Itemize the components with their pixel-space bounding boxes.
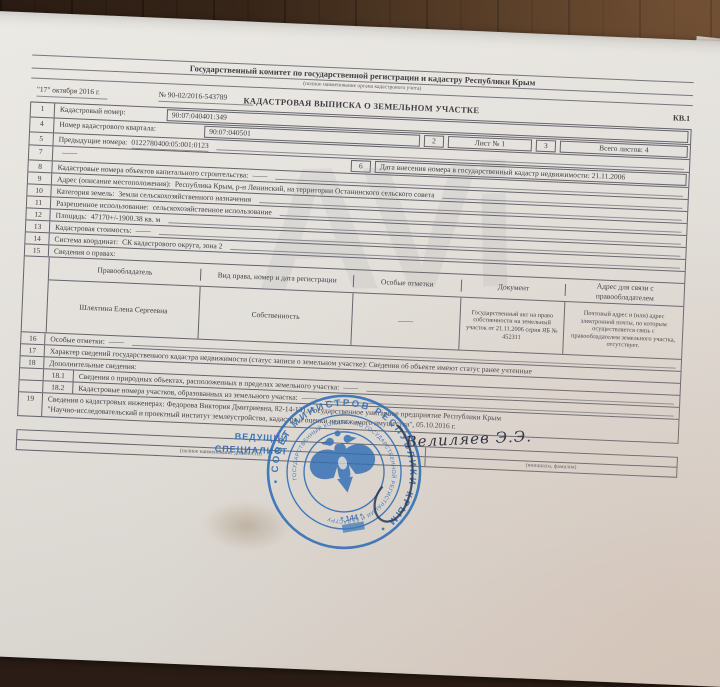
row-label: Площадь: bbox=[55, 211, 87, 222]
signature-name-cell: (инициалы, фамилия) bbox=[426, 447, 677, 476]
row-num: 18 bbox=[20, 356, 44, 368]
row-num: 5 bbox=[29, 132, 53, 145]
row-num: 10 bbox=[27, 184, 51, 196]
rights-header-cell: Вид права, номер и дата регистрации bbox=[201, 269, 354, 287]
row-num: 11 bbox=[27, 196, 51, 208]
row-num: 12 bbox=[26, 208, 50, 220]
rights-notes: —— bbox=[351, 293, 461, 349]
row-num: 18.2 bbox=[43, 381, 73, 393]
rights-header-cell: Документ bbox=[461, 280, 566, 296]
row-num: 3 bbox=[536, 140, 556, 153]
signature-pen-loop bbox=[356, 412, 435, 540]
row-num: 9 bbox=[28, 172, 52, 184]
form-code: КВ.1 bbox=[673, 113, 691, 124]
row-num-empty bbox=[20, 368, 44, 380]
document-page: Государственный комитет по государственн… bbox=[0, 10, 720, 540]
rights-contact-address: Почтовый адрес и (или) адрес электронной… bbox=[564, 302, 684, 359]
rights-document: Государственный акт на право собственнос… bbox=[459, 298, 566, 354]
row-num-empty bbox=[19, 380, 43, 392]
row-num: 8 bbox=[28, 160, 52, 172]
row-num: 1 bbox=[31, 102, 56, 117]
rights-header-cell: Особые отметки bbox=[354, 275, 462, 292]
row-num: 15 bbox=[25, 244, 49, 256]
row-num: 14 bbox=[25, 232, 49, 244]
row-num: 17 bbox=[21, 344, 45, 356]
row-value: —— bbox=[135, 226, 150, 237]
rights-holder: Шляхтина Елена Сергеевна bbox=[47, 280, 201, 338]
rights-type: Собственность bbox=[199, 287, 353, 345]
row-num: 6 bbox=[351, 160, 371, 173]
row-num: 19 bbox=[18, 392, 43, 416]
row-num: 18.1 bbox=[44, 369, 74, 381]
row-num: 7 bbox=[29, 145, 54, 160]
row-value: —— bbox=[109, 337, 124, 348]
row-value: —— bbox=[252, 171, 267, 182]
row-label: Предыдущие номера: bbox=[58, 135, 127, 148]
row-num: 4 bbox=[30, 117, 55, 132]
rights-header-cell: Правообладатель bbox=[49, 262, 202, 280]
row-num: 16 bbox=[21, 332, 45, 344]
row-num: 2 bbox=[424, 135, 444, 148]
row-num: 13 bbox=[26, 220, 50, 232]
